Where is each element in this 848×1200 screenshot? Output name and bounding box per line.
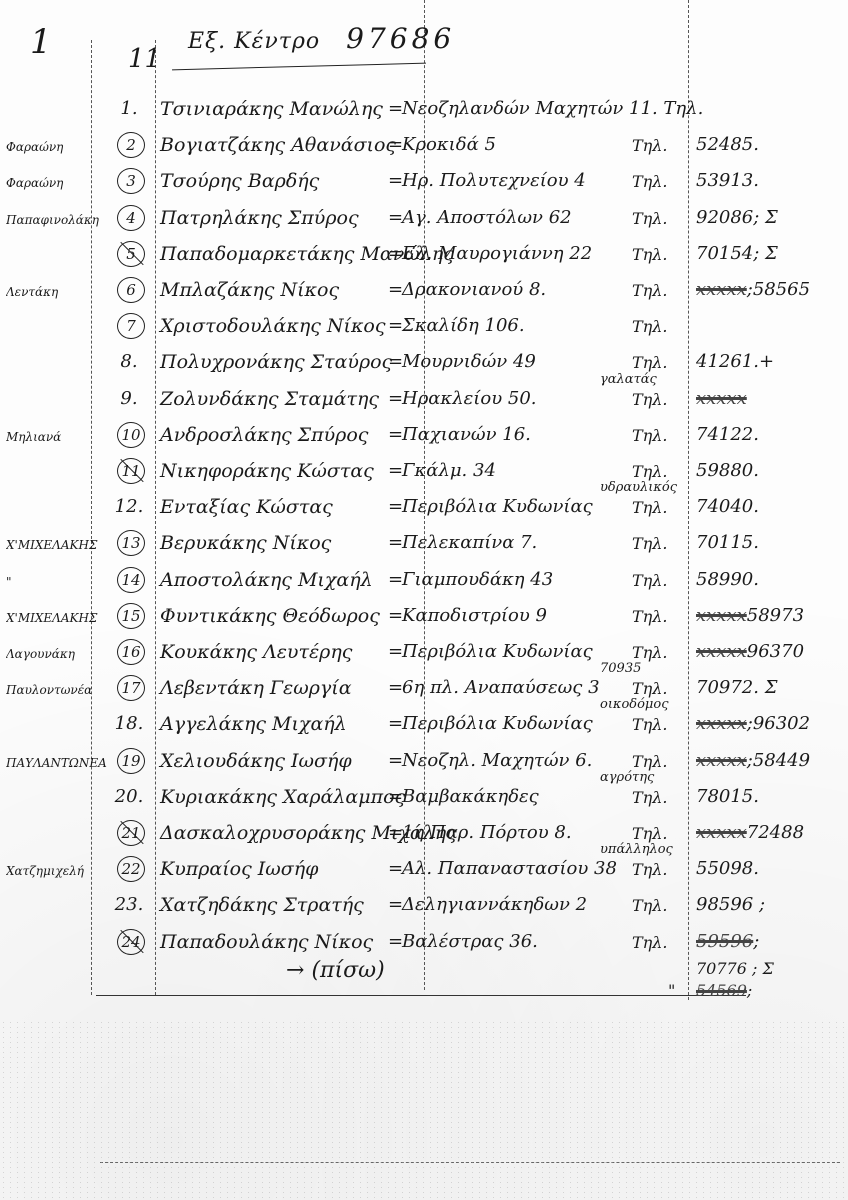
- tel-label: Τηλ.: [632, 136, 667, 155]
- equals-sign: =: [388, 460, 403, 481]
- annotation-note: οικοδόμος: [600, 697, 669, 712]
- list-item: 9.Ζολυνδάκης Σταμάτης=Ηρακλείου 50.Τηλ.x…: [0, 384, 848, 418]
- list-item: "14Αποστολάκης Μιχαήλ=Γιαμπουδάκη 43Τηλ.…: [0, 565, 848, 599]
- entry-address: Ελ. Μαυρογιάννη 22: [402, 243, 592, 264]
- equals-sign: =: [388, 351, 403, 372]
- entry-phone: 70115.: [696, 532, 759, 553]
- entry-phone: xxxxx;58565: [696, 279, 810, 300]
- tel-label: Τηλ.: [632, 353, 667, 372]
- title-code: 97686: [346, 22, 455, 55]
- entry-number: 7: [117, 313, 145, 339]
- phone-number: 72488: [747, 822, 804, 843]
- entry-number: 12.: [112, 496, 146, 517]
- phone-number: 52485.: [696, 134, 759, 155]
- entry-name: Κυριακάκης Χαράλαμπος: [160, 786, 405, 808]
- entry-name: Αποστολάκης Μιχαήλ: [160, 569, 373, 591]
- phone-number: 74122.: [696, 424, 759, 445]
- struck-phone: xxxxx: [696, 605, 747, 626]
- entry-address: Πελεκαπίνα 7.: [402, 532, 537, 553]
- equals-sign: =: [388, 569, 403, 590]
- list-item: 5Παπαδομαρκετάκης Μανώλης=Ελ. Μαυρογιάνν…: [0, 239, 848, 273]
- tel-label: Τηλ.: [632, 643, 667, 662]
- tel-label: Τηλ.: [632, 752, 667, 771]
- entry-name: Κουκάκης Λευτέρης: [160, 641, 352, 663]
- entry-number: 20.: [112, 786, 146, 807]
- tel-label: Τηλ.: [632, 426, 667, 445]
- tel-label: Τηλ.: [632, 896, 667, 915]
- entry-name: Ενταξίας Κώστας: [160, 496, 333, 518]
- tel-label: Τηλ.: [632, 317, 667, 336]
- tel-label: Τηλ.: [632, 607, 667, 626]
- entry-phone: xxxxx;96302: [696, 713, 810, 734]
- corner-mark-left: 1: [30, 22, 52, 62]
- entry-number: 1.: [112, 98, 146, 119]
- entry-name: Βογιατζάκης Αθανάσιος: [160, 134, 396, 156]
- entry-phone: 53913.: [696, 170, 759, 191]
- entry-phone: 59880.: [696, 460, 759, 481]
- equals-sign: =: [388, 858, 403, 879]
- entry-name: Μπλαζάκης Νίκος: [160, 279, 339, 301]
- phone-number: 70776 ; Σ: [696, 959, 774, 978]
- back-note-text: (πίσω): [311, 958, 384, 983]
- tel-label: Τηλ.: [632, 245, 667, 264]
- phone-number: 78015.: [696, 786, 759, 807]
- phone-number: 70115.: [696, 532, 759, 553]
- entry-number: 3: [117, 168, 145, 194]
- ditto-mark: ": [668, 981, 696, 1000]
- entry-address: Βαλέστρας 36.: [402, 931, 538, 952]
- entry-address: Περιβόλια Κυδωνίας: [402, 496, 593, 517]
- entry-number: 17: [117, 675, 145, 701]
- annotation-note: αγρότης: [600, 770, 654, 785]
- struck-phone: xxxxx: [696, 388, 747, 409]
- entry-address: 1η Παρ. Πόρτου 8.: [402, 822, 572, 843]
- entry-number: 8.: [112, 351, 146, 372]
- entry-number: 2: [117, 132, 145, 158]
- entry-address: Ηρ. Πολυτεχνείου 4: [402, 170, 586, 191]
- entry-number: 24: [117, 929, 145, 955]
- entry-name: Τσινιαράκης Μανώλης: [160, 98, 383, 120]
- margin-note: Φαραώνη: [6, 140, 110, 154]
- entry-name: Νικηφοράκης Κώστας: [160, 460, 374, 482]
- margin-note: Φαραώνη: [6, 176, 110, 190]
- margin-note: Χατζημιχελή: [6, 864, 110, 878]
- entry-address: Καποδιστρίου 9: [402, 605, 547, 626]
- phone-number: ;: [753, 931, 759, 952]
- tel-label: Τηλ.: [632, 462, 667, 481]
- equals-sign: =: [388, 243, 403, 264]
- margin-note: Λαγουνάκη: [6, 647, 110, 661]
- entry-phone: 74122.: [696, 424, 759, 445]
- equals-sign: =: [388, 207, 403, 228]
- margin-note: ": [6, 575, 110, 589]
- equals-sign: =: [388, 641, 403, 662]
- list-item: Χατζημιχελή22Κυπραίος Ιωσήφ=Αλ. Παπαναστ…: [0, 854, 848, 888]
- tel-label: Τηλ.: [632, 933, 667, 952]
- phone-number: 70154; Σ: [696, 243, 778, 264]
- bottom-rule: [96, 995, 746, 996]
- entry-name: Κυπραίος Ιωσήφ: [160, 858, 318, 880]
- struck-phone: xxxxx: [696, 822, 747, 843]
- entry-address: Μουρνιδών 49: [402, 351, 536, 372]
- list-item: Φαραώνη2Βογιατζάκης Αθανάσιος=Κροκιδά 5Τ…: [0, 130, 848, 164]
- list-item: Παυλοντωνέα17Λεβεντάκη Γεωργία=6η πλ. Αν…: [0, 673, 848, 707]
- tel-label: Τηλ.: [632, 715, 667, 734]
- entry-name: Βερυκάκης Νίκος: [160, 532, 331, 554]
- phone-number: 92086; Σ: [696, 207, 778, 228]
- entry-number: 16: [117, 639, 145, 665]
- list-item: 11Νικηφοράκης Κώστας=Γκάλμ. 34Τηλ.59880.: [0, 456, 848, 490]
- tel-label: Τηλ.: [632, 679, 667, 698]
- list-item: 20.Κυριακάκης Χαράλαμπος=ΒαμβακάκηδεςΤηλ…: [0, 782, 848, 816]
- margin-note: Μηλιανά: [6, 430, 110, 444]
- arrow-right-icon: →: [286, 958, 304, 983]
- equals-sign: =: [388, 822, 403, 843]
- entry-name: Αγγελάκης Μιχαήλ: [160, 713, 347, 735]
- entry-number: 9.: [112, 388, 146, 409]
- entry-phone: 41261.+: [696, 351, 774, 372]
- entry-name: Χελιουδάκης Ιωσήφ: [160, 750, 352, 772]
- equals-sign: =: [388, 786, 403, 807]
- entry-number: 14: [117, 567, 145, 593]
- entry-number: 11: [117, 458, 145, 484]
- phone-number: 96370: [747, 641, 804, 662]
- title-underline: [172, 63, 426, 71]
- phone-number: 70972. Σ: [696, 677, 777, 698]
- list-item: 12.Ενταξίας Κώστας=Περιβόλια ΚυδωνίαςΤηλ…: [0, 492, 848, 526]
- entry-name: Λεβεντάκη Γεωργία: [160, 677, 352, 699]
- margin-note: Χ'ΜΙΧΕΛΑΚΗΣ: [6, 538, 110, 552]
- equals-sign: =: [388, 98, 403, 119]
- entry-number: 6: [117, 277, 145, 303]
- tel-label: Τηλ.: [632, 172, 667, 191]
- phone-number: 98596 ;: [696, 894, 765, 915]
- entry-number: 4: [117, 205, 145, 231]
- entry-number: 23.: [112, 894, 146, 915]
- entry-address: Νεοζηλ. Μαχητών 6.: [402, 750, 592, 771]
- entry-name: Παπαδουλάκης Νίκος: [160, 931, 373, 953]
- entry-phone: 92086; Σ: [696, 207, 778, 228]
- entry-phone: xxxxx96370: [696, 641, 804, 662]
- entry-phone: 58990.: [696, 569, 759, 590]
- phone-number: 59880.: [696, 460, 759, 481]
- annotation-note: υπάλληλος: [600, 842, 673, 857]
- entry-name: Πατρηλάκης Σπύρος: [160, 207, 359, 229]
- entry-number: 10: [117, 422, 145, 448]
- equals-sign: =: [388, 170, 403, 191]
- entry-phone: 98596 ;: [696, 894, 765, 915]
- entry-name: Ζολυνδάκης Σταμάτης: [160, 388, 379, 410]
- struck-phone: xxxxx: [696, 279, 747, 300]
- tel-label: Τηλ.: [632, 534, 667, 553]
- entry-name: Φυντικάκης Θεόδωρος: [160, 605, 380, 627]
- entry-address: Παχιανών 16.: [402, 424, 531, 445]
- phone-number: 58990.: [696, 569, 759, 590]
- equals-sign: =: [388, 134, 403, 155]
- tel-label: Τηλ.: [632, 571, 667, 590]
- margin-note: Παυλοντωνέα: [6, 683, 110, 697]
- list-item: Λαγουνάκη16Κουκάκης Λευτέρης=Περιβόλια Κ…: [0, 637, 848, 671]
- entry-name: Χριστοδουλάκης Νίκος: [160, 315, 386, 337]
- entry-address: Ηρακλείου 50.: [402, 388, 537, 409]
- entry-phone: 74040.: [696, 496, 759, 517]
- phone-number: 74040.: [696, 496, 759, 517]
- entry-address: 6η πλ. Αναπαύσεως 3: [402, 677, 600, 698]
- equals-sign: =: [388, 713, 403, 734]
- equals-sign: =: [388, 388, 403, 409]
- phone-number: 53913.: [696, 170, 759, 191]
- entry-address: Γκάλμ. 34: [402, 460, 496, 481]
- equals-sign: =: [388, 532, 403, 553]
- corner-mark: 11: [128, 44, 161, 74]
- entry-number: 19: [117, 748, 145, 774]
- struck-phone: xxxxx: [696, 713, 747, 734]
- list-item: 18.Αγγελάκης Μιχαήλ=Περιβόλια ΚυδωνίαςΤη…: [0, 709, 848, 743]
- entry-name: Ανδροσλάκης Σπύρος: [160, 424, 368, 446]
- tel-label: Τηλ.: [632, 498, 667, 517]
- equals-sign: =: [388, 424, 403, 445]
- list-item: Φαραώνη3Τσούρης Βαρδής=Ηρ. Πολυτεχνείου …: [0, 166, 848, 200]
- entry-name: Χατζηδάκης Στρατής: [160, 894, 364, 916]
- list-item: 8.Πολυχρονάκης Σταύρος=Μουρνιδών 49Τηλ.4…: [0, 347, 848, 381]
- extra-phone-line: "54569;: [668, 981, 752, 1000]
- entry-phone: xxxxx58973: [696, 605, 804, 626]
- tel-label: Τηλ.: [632, 860, 667, 879]
- equals-sign: =: [388, 931, 403, 952]
- entry-address: Αγ. Αποστόλων 62: [402, 207, 572, 228]
- phone-number: 55098.: [696, 858, 759, 879]
- entry-number: 13: [117, 530, 145, 556]
- entry-address: Νεοζηλανδών Μαχητών 11. Τηλ.: [402, 98, 703, 119]
- list-item: 23.Χατζηδάκης Στρατής=Δεληγιαννάκηδων 2Τ…: [0, 890, 848, 924]
- entry-address: Γιαμπουδάκη 43: [402, 569, 553, 590]
- entry-address: Δρακονιανού 8.: [402, 279, 546, 300]
- tel-label: Τηλ.: [632, 788, 667, 807]
- equals-sign: =: [388, 496, 403, 517]
- title-label: Εξ. Κέντρο: [188, 29, 320, 54]
- tel-label: Τηλ.: [632, 281, 667, 300]
- list-item: 24Παπαδουλάκης Νίκος=Βαλέστρας 36.Τηλ.59…: [0, 927, 848, 961]
- phone-number: ;96302: [747, 713, 810, 734]
- phone-number: ;58449: [747, 750, 810, 771]
- list-item: Λεντάκη6Μπλαζάκης Νίκος=Δρακονιανού 8.Τη…: [0, 275, 848, 309]
- entry-phone: xxxxx72488: [696, 822, 804, 843]
- equals-sign: =: [388, 750, 403, 771]
- tel-label: Τηλ.: [632, 209, 667, 228]
- margin-note: Χ'ΜΙΧΕΛΑΚΗΣ: [6, 611, 110, 625]
- entry-address: Αλ. Παπαναστασίου 38: [402, 858, 617, 879]
- tel-label: Τηλ.: [632, 390, 667, 409]
- extra-phone-line: 70776 ; Σ: [668, 959, 774, 978]
- struck-phone: 54569: [696, 981, 747, 1000]
- scanned-document-page: 1 11 Εξ. Κέντρο 97686 1.Τσινιαράκης Μανώ…: [0, 0, 848, 1200]
- entry-address: Κροκιδά 5: [402, 134, 496, 155]
- margin-note: ΠΑΥΛΑΝΤΩΝΕΑ: [6, 756, 110, 770]
- annotation-note: υδραυλικός: [600, 480, 677, 495]
- entry-phone: 59596;: [696, 931, 759, 952]
- equals-sign: =: [388, 315, 403, 336]
- annotation-note: 70935: [600, 661, 641, 676]
- entry-number: 21: [117, 820, 145, 846]
- tel-label: Τηλ.: [632, 824, 667, 843]
- struck-phone: 59596: [696, 931, 753, 952]
- entry-name: Τσούρης Βαρδής: [160, 170, 319, 192]
- entry-phone: 52485.: [696, 134, 759, 155]
- margin-note: Λεντάκη: [6, 285, 110, 299]
- entry-address: Βαμβακάκηδες: [402, 786, 539, 807]
- struck-phone: xxxxx: [696, 641, 747, 662]
- list-item: 1.Τσινιαράκης Μανώλης=Νεοζηλανδών Μαχητώ…: [0, 94, 848, 128]
- list-item: Παπαφινολάκη4Πατρηλάκης Σπύρος=Αγ. Αποστ…: [0, 203, 848, 237]
- phone-number: 41261.+: [696, 351, 774, 372]
- list-item: Χ'ΜΙΧΕΛΑΚΗΣ15Φυντικάκης Θεόδωρος=Καποδισ…: [0, 601, 848, 635]
- scan-noise: [0, 1020, 848, 1200]
- phone-number: 58973: [747, 605, 804, 626]
- entry-number: 22: [117, 856, 145, 882]
- list-item: 7Χριστοδουλάκης Νίκος=Σκαλίδη 106.Τηλ.: [0, 311, 848, 345]
- entry-address: Περιβόλια Κυδωνίας: [402, 713, 593, 734]
- page-title: Εξ. Κέντρο 97686: [188, 22, 455, 55]
- equals-sign: =: [388, 677, 403, 698]
- entry-address: Περιβόλια Κυδωνίας: [402, 641, 593, 662]
- entry-address: Δεληγιαννάκηδων 2: [402, 894, 587, 915]
- entry-phone: 78015.: [696, 786, 759, 807]
- entry-number: 5: [117, 241, 145, 267]
- phone-number: ;: [747, 981, 752, 1000]
- back-page-note: → (πίσω): [286, 958, 385, 983]
- entry-name: Πολυχρονάκης Σταύρος: [160, 351, 392, 373]
- entry-number: 15: [117, 603, 145, 629]
- entry-address: Σκαλίδη 106.: [402, 315, 525, 336]
- phone-number: ;58565: [747, 279, 810, 300]
- struck-phone: xxxxx: [696, 750, 747, 771]
- entry-phone: 70972. Σ: [696, 677, 777, 698]
- list-item: Χ'ΜΙΧΕΛΑΚΗΣ13Βερυκάκης Νίκος=Πελεκαπίνα …: [0, 528, 848, 562]
- margin-note: Παπαφινολάκη: [6, 213, 110, 227]
- annotation-note: γαλατάς: [600, 372, 657, 387]
- list-item: Μηλιανά10Ανδροσλάκης Σπύρος=Παχιανών 16.…: [0, 420, 848, 454]
- entry-phone: xxxxx: [696, 388, 747, 409]
- equals-sign: =: [388, 279, 403, 300]
- entry-phone: 70154; Σ: [696, 243, 778, 264]
- equals-sign: =: [388, 894, 403, 915]
- entry-phone: 55098.: [696, 858, 759, 879]
- list-item: ΠΑΥΛΑΝΤΩΝΕΑ19Χελιουδάκης Ιωσήφ=Νεοζηλ. Μ…: [0, 746, 848, 780]
- equals-sign: =: [388, 605, 403, 626]
- entry-phone: xxxxx;58449: [696, 750, 810, 771]
- list-item: 21Δασκαλοχρυσοράκης Μιχάλης=1η Παρ. Πόρτ…: [0, 818, 848, 852]
- entry-number: 18.: [112, 713, 146, 734]
